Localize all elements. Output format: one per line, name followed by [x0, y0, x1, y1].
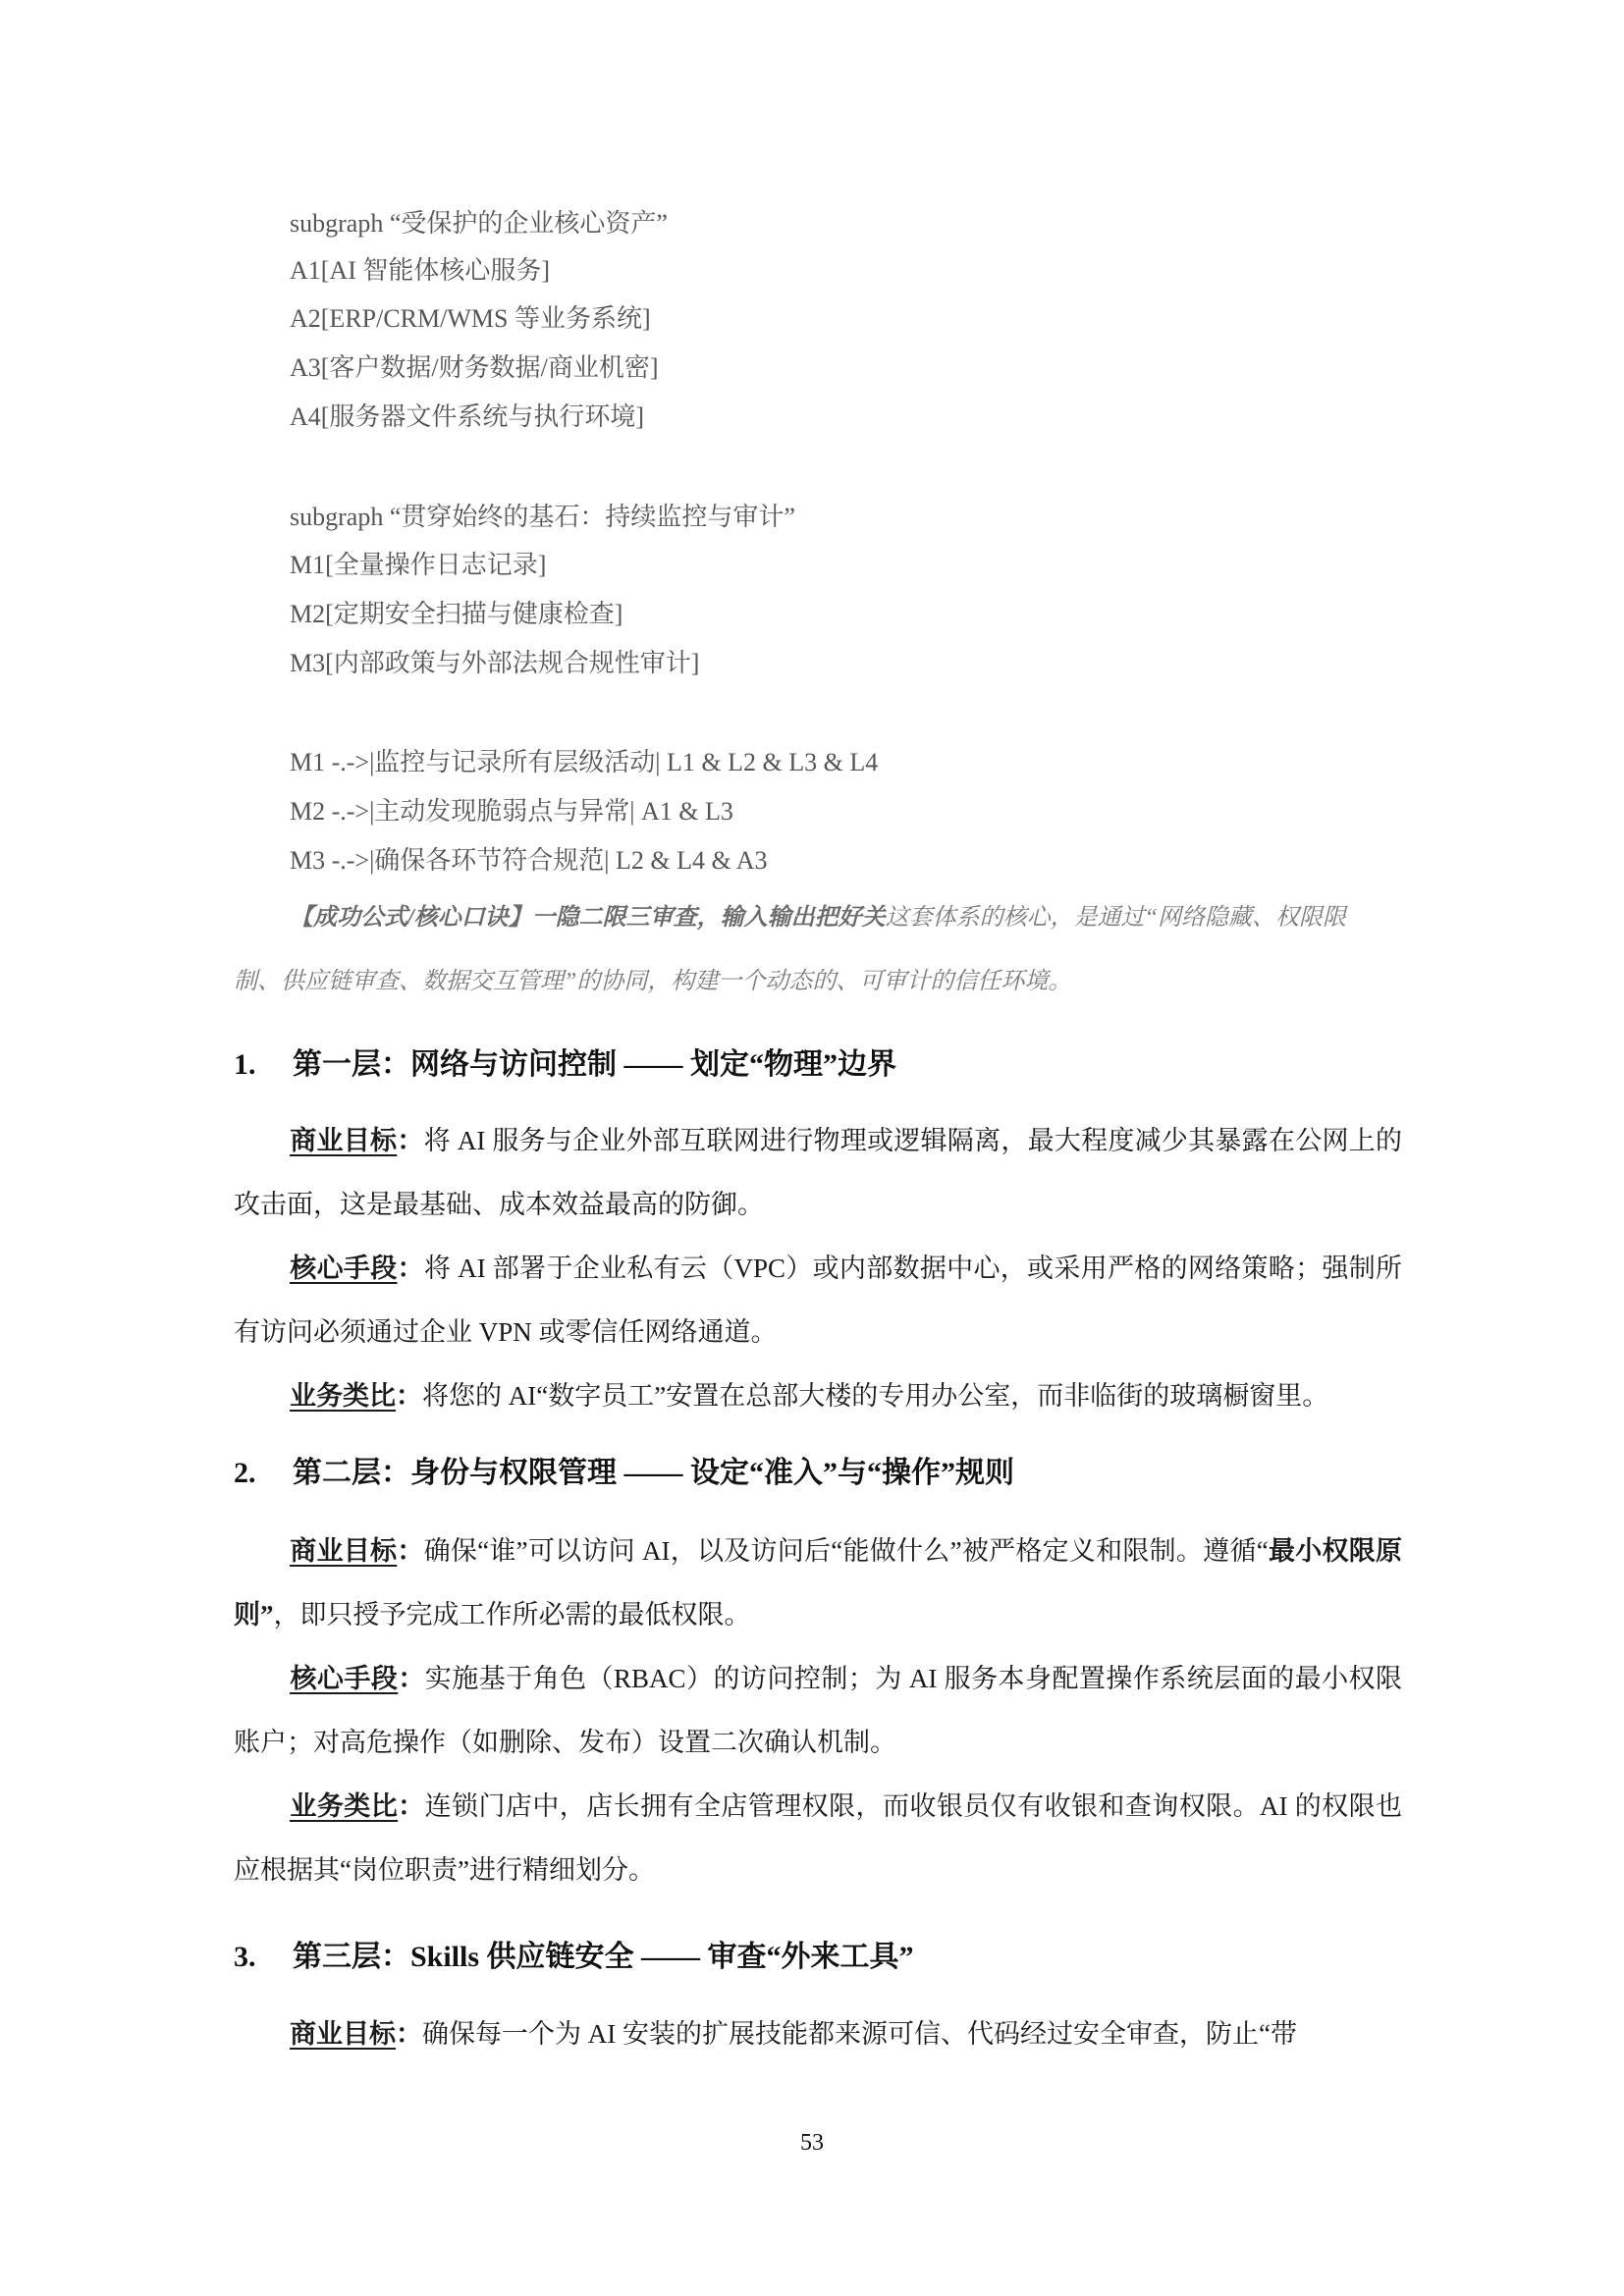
code-line-a1: A1[AI 智能体核心服务] [290, 256, 550, 286]
formula-bold: 【成功公式/核心口诀】一隐二限三审查，输入输出把好关 [290, 905, 886, 931]
section-2-heading: 2.第二层：身份与权限管理 —— 设定“准入”与“操作”规则 [234, 1456, 1014, 1491]
formula-line-1: 【成功公式/核心口诀】一隐二限三审查，输入输出把好关这套体系的核心，是通过“网络… [290, 903, 1458, 933]
label-analogy: 业务类比 [290, 1381, 396, 1411]
page-number: 53 [0, 2130, 1624, 2157]
code-line-m3: M3[内部政策与外部法规合规性审计] [290, 649, 699, 678]
paragraph-text: 确保“谁”可以访问 AI，以及访问后“能做什么”被严格定义和限制。遵循“ [424, 1536, 1269, 1566]
code-edge-m2: M2 -.->|主动发现脆弱点与异常| A1 & L3 [290, 797, 733, 827]
label-business-goal: 商业目标 [290, 1126, 397, 1155]
code-line-a2: A2[ERP/CRM/WMS 等业务系统] [290, 304, 651, 334]
section-1-heading: 1.第一层：网络与访问控制 —— 划定“物理”边界 [234, 1047, 896, 1083]
code-line-a4: A4[服务器文件系统与执行环境] [290, 402, 644, 432]
label-analogy: 业务类比 [290, 1791, 398, 1821]
code-edge-m1: M1 -.->|监控与记录所有层级活动| L1 & L2 & L3 & L4 [290, 748, 878, 777]
section-1-title: 第一层：网络与访问控制 —— 划定“物理”边界 [293, 1048, 896, 1081]
section-2-title: 第二层：身份与权限管理 —— 设定“准入”与“操作”规则 [293, 1457, 1014, 1489]
paragraph-text-after: ，即只授予完成工作所必需的最低权限。 [274, 1600, 751, 1629]
formula-line-2: 制、供应链审查、数据交互管理”的协同，构建一个动态的、可审计的信任环境。 [234, 967, 1402, 996]
label-core-means: 核心手段 [290, 1664, 398, 1693]
code-edge-m3: M3 -.->|确保各环节符合规范| L2 & L4 & A3 [290, 846, 768, 876]
code-line-a3: A3[客户数据/财务数据/商业机密] [290, 353, 659, 383]
document-page: subgraph “受保护的企业核心资产” A1[AI 智能体核心服务] A2[… [0, 0, 1624, 2296]
label-core-means: 核心手段 [290, 1254, 398, 1283]
code-line-m2: M2[定期安全扫描与健康检查] [290, 600, 623, 629]
section-3-title: 第三层：Skills 供应链安全 —— 审查“外来工具” [293, 1941, 914, 1973]
code-line-m1: M1[全量操作日志记录] [290, 551, 546, 580]
section-2-business-goal: 商业目标：确保“谁”可以访问 AI，以及访问后“能做什么”被严格定义和限制。遵循… [234, 1520, 1402, 1647]
section-1-analogy: 业务类比：将您的 AI“数字员工”安置在总部大楼的专用办公室，而非临街的玻璃橱窗… [234, 1364, 1402, 1428]
section-1-business-goal: 商业目标：将 AI 服务与企业外部互联网进行物理或逻辑隔离，最大程度减少其暴露在… [234, 1109, 1402, 1237]
label-business-goal: 商业目标 [290, 1536, 397, 1566]
section-2-analogy: 业务类比：连锁门店中，店长拥有全店管理权限，而收银员仅有收银和查询权限。AI 的… [234, 1775, 1402, 1902]
code-subgraph-assets: subgraph “受保护的企业核心资产” [290, 209, 668, 239]
code-subgraph-monitoring: subgraph “贯穿始终的基石：持续监控与审计” [290, 503, 795, 532]
label-business-goal: 商业目标 [290, 2019, 396, 2049]
section-1-core-means: 核心手段：将 AI 部署于企业私有云（VPC）或内部数据中心，或采用严格的网络策… [234, 1237, 1402, 1364]
section-2-core-means: 核心手段：实施基于角色（RBAC）的访问控制；为 AI 服务本身配置操作系统层面… [234, 1647, 1402, 1775]
paragraph-text: 将您的 AI“数字员工”安置在总部大楼的专用办公室，而非临街的玻璃橱窗里。 [422, 1381, 1328, 1411]
formula-line1-rest: 这套体系的核心，是通过“网络隐藏、权限限 [886, 905, 1346, 931]
section-3-number: 3. [234, 1940, 293, 1975]
paragraph-text: 确保每一个为 AI 安装的扩展技能都来源可信、代码经过安全审查，防止“带 [422, 2019, 1297, 2049]
section-1-number: 1. [234, 1047, 293, 1083]
section-3-heading: 3.第三层：Skills 供应链安全 —— 审查“外来工具” [234, 1940, 914, 1975]
section-3-business-goal: 商业目标：确保每一个为 AI 安装的扩展技能都来源可信、代码经过安全审查，防止“… [234, 2002, 1402, 2066]
section-2-number: 2. [234, 1456, 293, 1491]
